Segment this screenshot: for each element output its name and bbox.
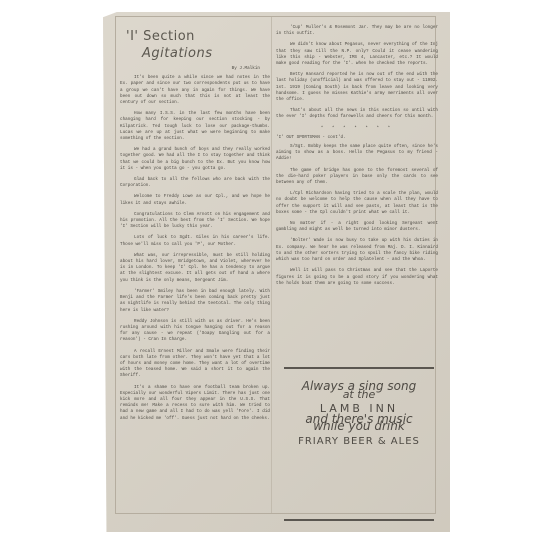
paragraph: It's a shame to have one football team b… [120, 385, 270, 422]
paragraph: 'Farmer' Smiley has been in bad enough l… [120, 289, 270, 314]
right-paragraphs-top: 'Cup' Muller's & Rosemont Jar. They may … [276, 25, 438, 121]
article-title-line2: Agitations [142, 46, 270, 61]
byline: By J.Malkin [120, 66, 260, 72]
paragraph: 'Bolter' Wade is now busy to take up wit… [276, 238, 438, 263]
paragraph: Glad back to all the fellows who are bac… [120, 177, 270, 189]
paragraph: Reddy Johnson is still with us as driver… [120, 319, 270, 344]
paragraph: Welcome to Freddy Lowe as our Cpl., and … [120, 194, 270, 206]
paragraph: No matter if - a right good looking Serg… [276, 221, 438, 233]
paragraph: We had a grand bunch of boys and they re… [120, 147, 270, 172]
paragraph: We didn't know about Pegasus, never ever… [276, 42, 438, 67]
right-column: 'Cup' Muller's & Rosemont Jar. They may … [276, 17, 438, 513]
paragraph: Well it will pass to Christmas and see t… [276, 268, 438, 287]
paragraph: A recall Ernest Miller and Smale were fi… [120, 349, 270, 380]
newsletter-page: 'I' Section Agitations By J.Malkin It's … [103, 12, 450, 532]
section-heading: 'I' OUT SPORTSMAN - cont'd. [276, 135, 438, 141]
paragraph: L/Cpl Richardson having tried to a scale… [276, 191, 438, 216]
left-column: 'I' Section Agitations By J.Malkin It's … [120, 17, 270, 513]
paragraph: What was, our irrepressible, must be sti… [120, 253, 270, 284]
paragraph: Betty Hansard reported he is now out of … [276, 72, 438, 103]
paragraph: The game of bridge has gone to the forem… [276, 168, 438, 187]
advert-line6: FRIARY BEER & ALES [284, 439, 434, 445]
paragraph: How many I.S.S. in the last few months h… [120, 111, 270, 142]
column-divider [271, 17, 272, 513]
separator: * * * * * * * [276, 126, 438, 132]
paragraph: 'Cup' Muller's & Rosemont Jar. They may … [276, 25, 438, 37]
article-title-line1: 'I' Section [126, 29, 270, 44]
lamb-inn-advert: Always a sing song at the LAMB INN and t… [284, 367, 434, 521]
paragraph: That's about all the news in this sectio… [276, 108, 438, 120]
paragraph: S/Sgt. Bobby keeps the same place quite … [276, 144, 438, 163]
left-paragraphs: It's been quite a while since we had not… [120, 75, 270, 422]
paragraph: Lots of luck to Sgdt. Giles in his caree… [120, 235, 270, 247]
page-frame: 'I' Section Agitations By J.Malkin It's … [115, 16, 436, 514]
right-paragraphs-bottom: S/Sgt. Bobby keeps the same place quite … [276, 144, 438, 287]
paragraph: It's been quite a while since we had not… [120, 75, 270, 106]
paragraph: Congratulations to Clem Arnott on his en… [120, 212, 270, 231]
advert-line2: at the [284, 392, 434, 398]
